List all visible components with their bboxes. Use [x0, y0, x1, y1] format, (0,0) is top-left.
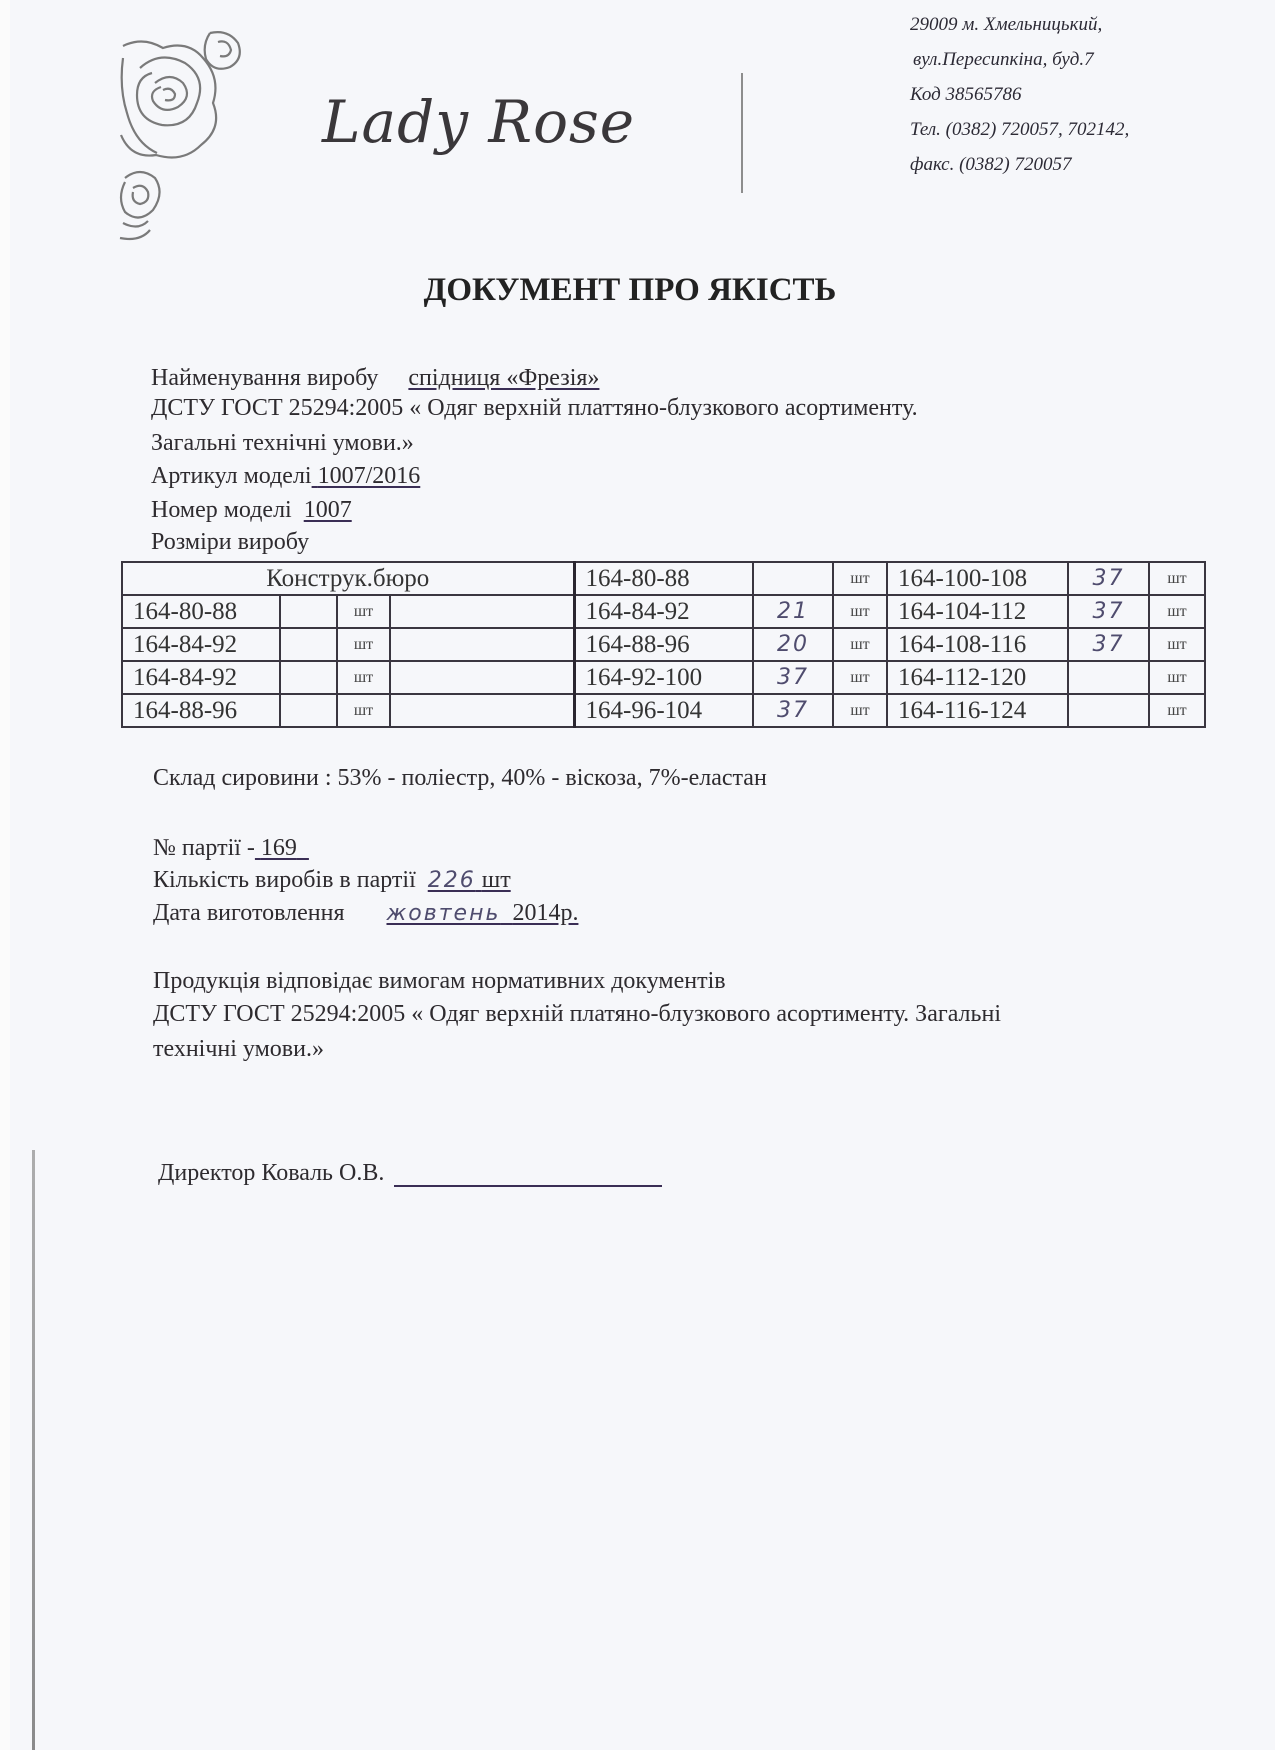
table-row: Конструк.бюро 164-80-88 шт 164-100-108 3…	[122, 562, 1205, 595]
signature-field	[394, 1161, 662, 1187]
standard-line: ДСТУ ГОСТ 25294:2005 « Одяг верхній плат…	[151, 395, 918, 422]
unit-cell: шт	[337, 595, 390, 628]
unit-cell: шт	[833, 628, 887, 661]
qty-cell: 37	[1068, 628, 1149, 661]
company-logo: Lady Rose	[322, 88, 635, 156]
unit-cell: шт	[833, 694, 887, 727]
address-line: Код 38565786	[910, 84, 1022, 106]
size-cell: 164-80-88	[574, 562, 753, 595]
unit-cell: шт	[337, 694, 390, 727]
address-line: 29009 м. Хмельницький,	[910, 14, 1102, 36]
unit-cell: шт	[1149, 562, 1205, 595]
rose-ornament-icon	[115, 28, 250, 248]
size-cell: 164-88-96	[574, 628, 753, 661]
size-cell: 164-104-112	[887, 595, 1068, 628]
qty-cell: 37	[1068, 562, 1149, 595]
size-cell: 164-100-108	[887, 562, 1068, 595]
size-cell: 164-84-92	[122, 628, 280, 661]
qty-cell: 37	[753, 661, 833, 694]
size-cell: 164-92-100	[574, 661, 753, 694]
qty-cell: 20	[753, 628, 833, 661]
manufacture-date-line: Дата виготовлення жовтень 2014р.	[153, 900, 578, 927]
size-cell: 164-88-96	[122, 694, 280, 727]
table-row: 164-84-92 шт 164-92-100 37 шт 164-112-12…	[122, 661, 1205, 694]
qty-cell: 37	[753, 694, 833, 727]
table-row: 164-84-92 шт 164-88-96 20 шт 164-108-116…	[122, 628, 1205, 661]
qty-cell	[280, 694, 337, 727]
qty-cell	[1068, 661, 1149, 694]
qty-cell	[280, 595, 337, 628]
size-cell: 164-80-88	[122, 595, 280, 628]
document-title: ДОКУМЕНТ ПРО ЯКІСТЬ	[0, 272, 1275, 309]
empty-cell	[390, 628, 574, 661]
size-cell: 164-108-116	[887, 628, 1068, 661]
signature-line: Директор Коваль О.В.	[158, 1160, 662, 1187]
manufacture-date-value: жовтень 2014р.	[386, 900, 578, 926]
unit-cell: шт	[1149, 694, 1205, 727]
unit-cell: шт	[833, 562, 887, 595]
sizes-table: Конструк.бюро 164-80-88 шт 164-100-108 3…	[121, 561, 1206, 728]
product-name-value: спідниця «Фрезія»	[408, 365, 599, 391]
address-line: Тел. (0382) 720057, 702142,	[910, 119, 1129, 141]
article-line: Артикул моделі 1007/2016	[151, 463, 420, 490]
empty-cell	[390, 694, 574, 727]
unit-cell: шт	[1149, 595, 1205, 628]
batch-number-line: № партії - 169	[153, 835, 309, 862]
model-line: Номер моделі 1007	[151, 497, 352, 524]
empty-cell	[390, 661, 574, 694]
standard-line-2: Загальні технічні умови.»	[151, 430, 414, 457]
qty-cell	[280, 628, 337, 661]
header-divider	[741, 73, 743, 193]
unit-cell: шт	[833, 595, 887, 628]
size-cell: 164-84-92	[574, 595, 753, 628]
unit-cell: шт	[337, 628, 390, 661]
scan-artifact-line	[32, 1150, 35, 1750]
qty-cell	[753, 562, 833, 595]
compliance-line-2: ДСТУ ГОСТ 25294:2005 « Одяг верхній плат…	[153, 1001, 1001, 1028]
compliance-line-1: Продукція відповідає вимогам нормативних…	[153, 968, 726, 995]
unit-cell: шт	[1149, 628, 1205, 661]
size-cell: 164-116-124	[887, 694, 1068, 727]
empty-cell	[390, 595, 574, 628]
address-line: вул.Пересипкіна, буд.7	[913, 49, 1094, 71]
qty-cell: 21	[753, 595, 833, 628]
batch-number-value: 169	[255, 835, 309, 861]
unit-cell: шт	[1149, 661, 1205, 694]
unit-cell: шт	[833, 661, 887, 694]
sizes-label: Розміри виробу	[151, 529, 309, 556]
article-value: 1007/2016	[312, 463, 421, 489]
table-row: 164-88-96 шт 164-96-104 37 шт 164-116-12…	[122, 694, 1205, 727]
design-bureau-header: Конструк.бюро	[122, 562, 574, 595]
size-cell: 164-96-104	[574, 694, 753, 727]
qty-cell	[280, 661, 337, 694]
table-row: 164-80-88 шт 164-84-92 21 шт 164-104-112…	[122, 595, 1205, 628]
size-cell: 164-84-92	[122, 661, 280, 694]
qty-cell	[1068, 694, 1149, 727]
batch-count-value: 226 шт	[428, 867, 511, 893]
composition-line: Склад сировини : 53% - поліестр, 40% - в…	[153, 765, 767, 792]
product-name-line: Найменування виробу спідниця «Фрезія»	[151, 365, 599, 392]
compliance-line-3: технічні умови.»	[153, 1036, 324, 1063]
qty-cell: 37	[1068, 595, 1149, 628]
size-cell: 164-112-120	[887, 661, 1068, 694]
batch-count-line: Кількість виробів в партії 226 шт	[153, 867, 511, 894]
unit-cell: шт	[337, 661, 390, 694]
model-value: 1007	[304, 497, 352, 523]
address-line: факс. (0382) 720057	[910, 154, 1072, 176]
scan-edge	[0, 0, 10, 1750]
